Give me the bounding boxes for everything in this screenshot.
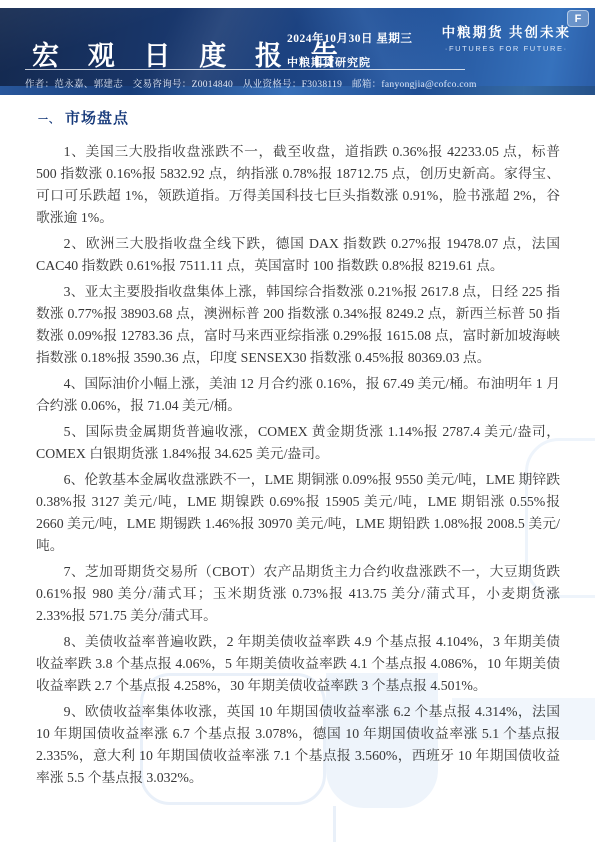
report-paragraph: 8、美债收益率普遍收跌，2 年期美债收益率跌 4.9 个基点报 4.104%，3… [36,631,560,697]
report-paragraph: 3、亚太主要股指收盘集体上涨，韩国综合指数涨 0.21%报 2617.8 点，日… [36,281,560,369]
report-date-block: 2024年10月30日 星期三 中粮期货研究院 [287,30,412,70]
header-divider [25,69,465,70]
report-paragraph: 1、美国三大股指收盘涨跌不一，截至收盘，道指跌 0.36%报 42233.05 … [36,141,560,229]
section-heading: 一、 市场盘点 [38,107,560,128]
report-header-banner: 宏 观 日 度 报 告 2024年10月30日 星期三 中粮期货研究院 中粮期货… [0,8,595,95]
report-paragraph: 4、国际油价小幅上涨，美油 12 月合约涨 0.16%，报 67.49 美元/桶… [36,373,560,417]
brand-slogan-cn: 中粮期货 共创未来 [442,21,571,41]
section-heading-text: 市场盘点 [65,111,129,127]
report-paragraph: 9、欧债收益率集体收涨，英国 10 年期国债收益率涨 6.2 个基点报 4.31… [36,701,560,789]
report-paragraph: 6、伦敦基本金属收盘涨跌不一，LME 期铜涨 0.09%报 9550 美元/吨，… [36,469,560,557]
report-paragraph: 7、芝加哥期货交易所（CBOT）农产品期货主力合约收盘涨跌不一，大豆期货跌 0.… [36,561,560,627]
brand-slogan-en: ·FUTURES FOR FUTURE· [442,44,571,53]
report-page: 宏 观 日 度 报 告 2024年10月30日 星期三 中粮期货研究院 中粮期货… [0,0,595,842]
section-heading-marker: 一、 [38,115,60,126]
brand-block: 中粮期货 共创未来 ·FUTURES FOR FUTURE· [442,21,571,53]
cofco-futures-logo-icon: F [567,10,589,27]
report-paragraph: 2、欧洲三大股指收盘全线下跌，德国 DAX 指数跌 0.27%报 19478.0… [36,233,560,277]
research-institute: 中粮期货研究院 [287,54,412,70]
report-body: 一、 市场盘点 1、美国三大股指收盘涨跌不一，截至收盘，道指跌 0.36%报 4… [36,107,560,793]
report-date: 2024年10月30日 星期三 [287,30,412,46]
report-paragraph: 5、国际贵金属期货普遍收涨，COMEX 黄金期货涨 1.14%报 2787.4 … [36,421,560,465]
watermark-line [333,806,336,842]
author-credentials-line: 作者：范永嘉、郭建志 交易咨询号：Z0014840 从业资格号：F3038119… [25,76,477,90]
